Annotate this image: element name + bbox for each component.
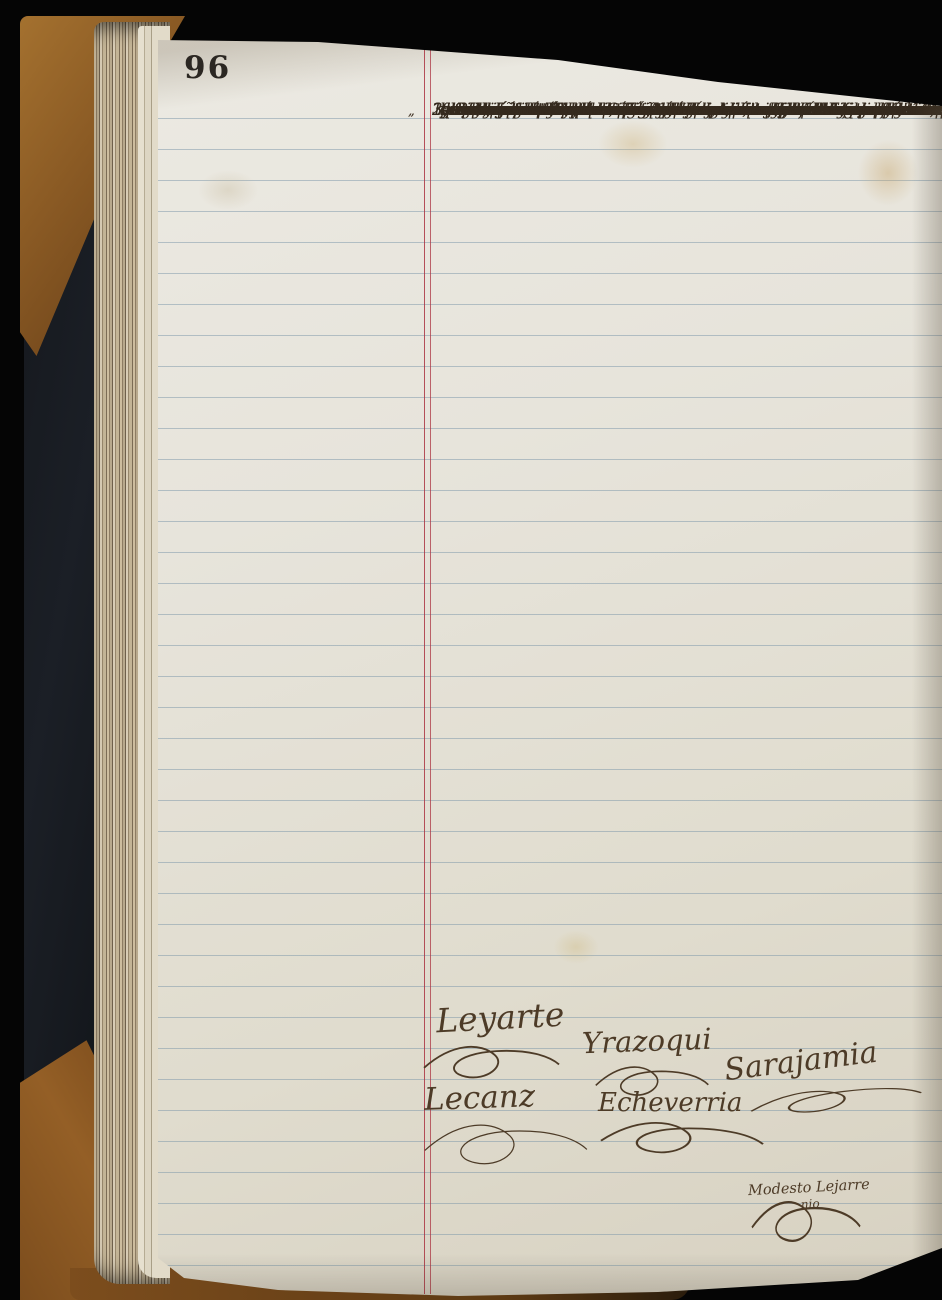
- book-photo: 96 ses y se dispuso que desde el dia pri…: [0, 0, 942, 1300]
- paragraph-marker: „: [408, 96, 415, 127]
- signature-block: Echeverria: [598, 1088, 742, 1118]
- page-number: 96: [184, 50, 231, 86]
- text-line-content: ben hacerlo y yo el Secretario que certi…: [440, 94, 816, 125]
- paper-stain: [858, 140, 918, 206]
- signature-rubric-icon: [415, 1112, 597, 1176]
- paper-stain: [598, 120, 668, 168]
- signature-name: Leyarte: [435, 995, 565, 1041]
- signature-block: Yrazoqui: [581, 1022, 712, 1061]
- paper-stain: [198, 170, 258, 210]
- manuscript-page: 96 ses y se dispuso que desde el dia pri…: [158, 0, 942, 1300]
- signature-block: Leyarte: [435, 995, 565, 1041]
- signature-block: Lecanz: [423, 1078, 535, 1118]
- signature-name: Lecanz: [423, 1078, 535, 1118]
- signature-name: Echeverria: [598, 1088, 742, 1118]
- paper-stain: [553, 930, 599, 964]
- signature-rubric-icon: [744, 1189, 867, 1253]
- signature-name: Yrazoqui: [581, 1022, 712, 1061]
- page-edge-shadow: [912, 0, 942, 1300]
- tape-mark: [739, 16, 797, 51]
